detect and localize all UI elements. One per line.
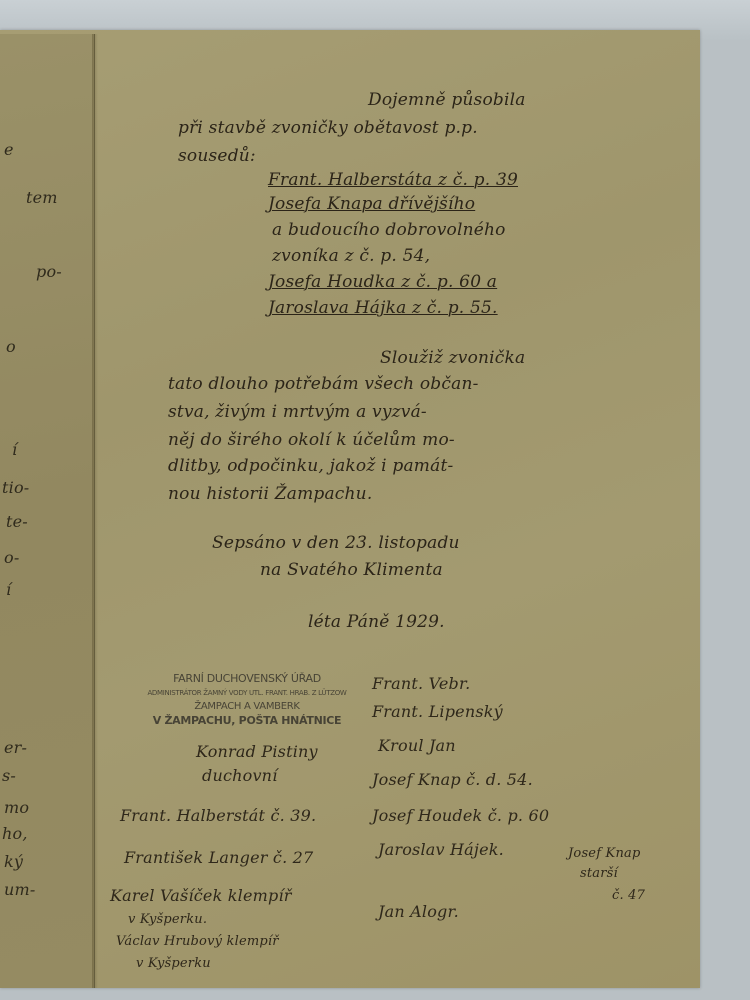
parish-office-stamp: FARNÍ DUCHOVENSKÝ ÚŘAD ADMINISTRÁTOR ŽAM… (138, 672, 356, 728)
signature: Konrad Pistiny (196, 742, 318, 761)
signature: Jaroslav Hájek. (378, 840, 504, 859)
signature: Frant. Lipenský (372, 702, 503, 721)
text-line: stva, živým i mrtvým a vyzvá- (168, 402, 427, 422)
donor-line: Josefa Houdka z č. p. 60 a (268, 272, 497, 292)
closing-date: léta Páně 1929. (308, 612, 445, 632)
signature: Karel Vašíček klempíř (110, 886, 292, 905)
signature-note: č. 47 (612, 888, 645, 903)
signature: Kroul Jan (378, 736, 456, 755)
fragment-text: ký (4, 852, 23, 871)
donor-line: Jaroslava Hájka z č. p. 55. (268, 298, 498, 318)
page-fold (92, 34, 98, 988)
left-page-fragment (0, 34, 95, 988)
closing-line: Sepsáno v den 23. listopadu (212, 533, 460, 553)
text-line: Dojemně působila (368, 90, 526, 110)
signature: Josef Knap (568, 846, 641, 861)
text-line: nou historii Žampachu. (168, 484, 372, 504)
stamp-line: FARNÍ DUCHOVENSKÝ ÚŘAD (138, 672, 356, 686)
fragment-text: ho, (2, 824, 28, 843)
fragment-text: po- (36, 262, 62, 281)
stamp-line: ADMINISTRÁTOR ŽAMNÝ VODY UTL. FRANT. HRA… (138, 686, 356, 700)
signature: Frant. Vebr. (372, 674, 470, 693)
donor-line: Josefa Knapa dřívějšího (268, 194, 475, 214)
signature: Jan Alogr. (378, 902, 459, 921)
fragment-text: um- (4, 880, 35, 899)
fragment-text: o (6, 337, 16, 356)
fragment-text: o- (4, 548, 19, 567)
text-line: sousedů: (178, 146, 256, 166)
stamp-line: V ŽAMPACHU, POŠTA HNÁTNICE (138, 714, 356, 728)
donor-line: Frant. Halberstáta z č. p. 39 (268, 170, 518, 190)
signature: Josef Knap č. d. 54. (372, 770, 533, 789)
fragment-text: s- (2, 766, 16, 785)
signature-place: v Kyšperku (136, 956, 211, 971)
fragment-text: í (6, 580, 11, 599)
fragment-text: e (4, 140, 14, 159)
fragment-text: mo (4, 798, 29, 817)
stamp-line: ŽAMPACH A VAMBERK (138, 700, 356, 714)
closing-line: na Svatého Klimenta (260, 560, 443, 580)
fragment-text: tio- (2, 478, 29, 497)
signature: Josef Houdek č. p. 60 (372, 806, 549, 825)
text-line: a budoucího dobrovolného (272, 220, 506, 240)
text-line: zvoníka z č. p. 54, (272, 246, 430, 266)
fragment-text: tem (26, 188, 58, 207)
signature-place: v Kyšperku. (128, 912, 207, 927)
signature: František Langer č. 27 (124, 848, 313, 867)
text-line: dlitby, odpočinku, jakož i památ- (168, 456, 453, 476)
text-line: tato dlouho potřebám všech občan- (168, 374, 479, 394)
text-line: Sloužiž zvonička (380, 348, 525, 368)
fragment-text: í (12, 440, 17, 459)
signature: Václav Hrubový klempíř (116, 934, 279, 949)
fragment-text: er- (4, 738, 27, 757)
signature-note: starší (580, 866, 618, 881)
fragment-text: te- (6, 512, 28, 531)
text-line: něj do širého okolí k účelům mo- (168, 430, 455, 450)
signature: Frant. Halberstát č. 39. (120, 806, 316, 825)
text-line: při stavbě zvoničky obětavost p.p. (178, 118, 478, 138)
signature-title: duchovní (202, 766, 278, 785)
